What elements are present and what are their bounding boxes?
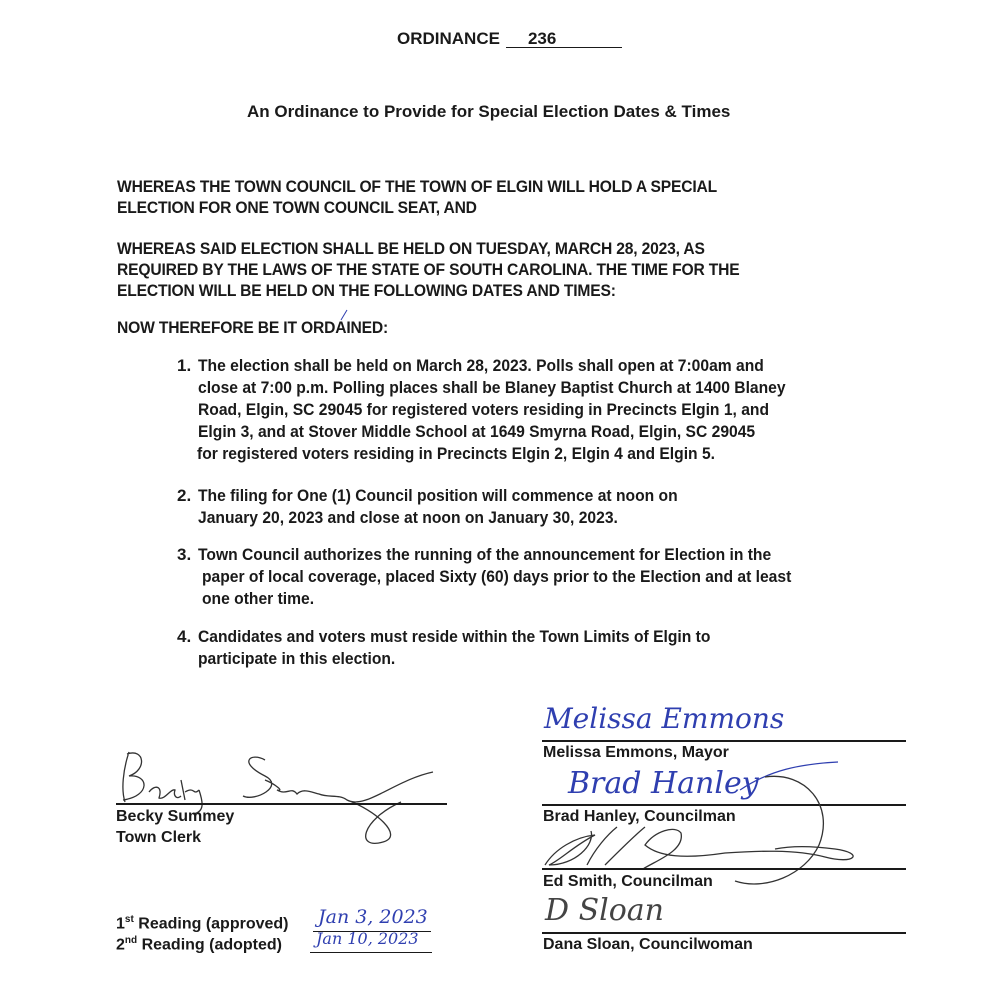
reading-1-date: Jan 3, 2023	[318, 906, 428, 928]
mayor-signature-line	[542, 740, 906, 742]
provision-number: 3.	[177, 544, 191, 566]
clerk-signature-line	[116, 803, 447, 805]
provision-line: Town Council authorizes the running of t…	[198, 544, 791, 566]
councilman-smith-caption: Ed Smith, Councilman	[543, 873, 713, 891]
recital-line: REQUIRED BY THE LAWS OF THE STATE OF SOU…	[117, 259, 739, 280]
ordinance-number: 236	[506, 30, 622, 48]
mayor-signature: Melissa Emmons	[544, 702, 784, 735]
provision-2: 2. The filing for One (1) Council positi…	[177, 485, 719, 529]
recital-2: WHEREAS SAID ELECTION SHALL BE HELD ON T…	[117, 238, 794, 301]
councilwoman-sloan-caption: Dana Sloan, Councilwoman	[543, 936, 753, 954]
provision-line: Road, Elgin, SC 29045 for registered vot…	[198, 399, 786, 421]
reading-suffix: st	[125, 914, 134, 925]
clerk-title: Town Clerk	[116, 829, 201, 847]
provision-line: paper of local coverage, placed Sixty (6…	[202, 566, 791, 588]
pen-mark-icon	[340, 308, 350, 322]
provision-line: The filing for One (1) Council position …	[198, 485, 678, 507]
ordained-heading: NOW THEREFORE BE IT ORDAINED:	[117, 317, 412, 338]
recital-line: ELECTION WILL BE HELD ON THE FOLLOWING D…	[117, 280, 739, 301]
recital-1: WHEREAS THE TOWN COUNCIL OF THE TOWN OF …	[117, 176, 769, 218]
provision-number: 1.	[177, 355, 191, 377]
provision-number: 4.	[177, 626, 191, 648]
reading-label: Reading (adopted)	[137, 936, 282, 953]
provision-line: participate in this election.	[198, 648, 710, 670]
reading-2-date: Jan 10, 2023	[316, 929, 419, 948]
recital-line: WHEREAS THE TOWN COUNCIL OF THE TOWN OF …	[117, 176, 717, 197]
clerk-name: Becky Summey	[116, 808, 234, 826]
provision-number: 2.	[177, 485, 191, 507]
provision-4: 4. Candidates and voters must reside wit…	[177, 626, 755, 670]
reading-label: Reading (approved)	[134, 915, 289, 932]
provision-1: 1. The election shall be held on March 2…	[177, 355, 837, 465]
councilwoman-sloan-signature: D Sloan	[545, 893, 664, 928]
provision-line: one other time.	[202, 588, 791, 610]
reading-suffix: nd	[125, 935, 137, 946]
provision-line: The election shall be held on March 28, …	[198, 355, 786, 377]
reading-ordinal: 2	[116, 936, 125, 953]
recital-line: WHEREAS SAID ELECTION SHALL BE HELD ON T…	[117, 238, 739, 259]
provision-line: Elgin 3, and at Stover Middle School at …	[198, 421, 786, 443]
councilman-smith-signature-line	[542, 868, 906, 870]
provision-line: close at 7:00 p.m. Polling places shall …	[198, 377, 786, 399]
reading-ordinal: 1	[116, 915, 125, 932]
mayor-caption: Melissa Emmons, Mayor	[543, 744, 729, 762]
provision-line: January 20, 2023 and close at noon on Ja…	[198, 507, 678, 529]
reading-2: 2nd Reading (adopted)	[116, 935, 282, 954]
recital-line: ELECTION FOR ONE TOWN COUNCIL SEAT, AND	[117, 197, 717, 218]
councilwoman-sloan-signature-line	[542, 932, 906, 934]
provision-line: for registered voters residing in Precin…	[197, 443, 785, 465]
provision-3: 3. Town Council authorizes the running o…	[177, 544, 843, 610]
title-label: ORDINANCE	[397, 29, 500, 48]
provision-line: Candidates and voters must reside within…	[198, 626, 710, 648]
ordinance-subtitle: An Ordinance to Provide for Special Elec…	[247, 102, 730, 122]
reading-2-line	[310, 952, 432, 953]
ordinance-title: ORDINANCE236	[397, 29, 622, 49]
reading-1: 1st Reading (approved)	[116, 914, 289, 933]
